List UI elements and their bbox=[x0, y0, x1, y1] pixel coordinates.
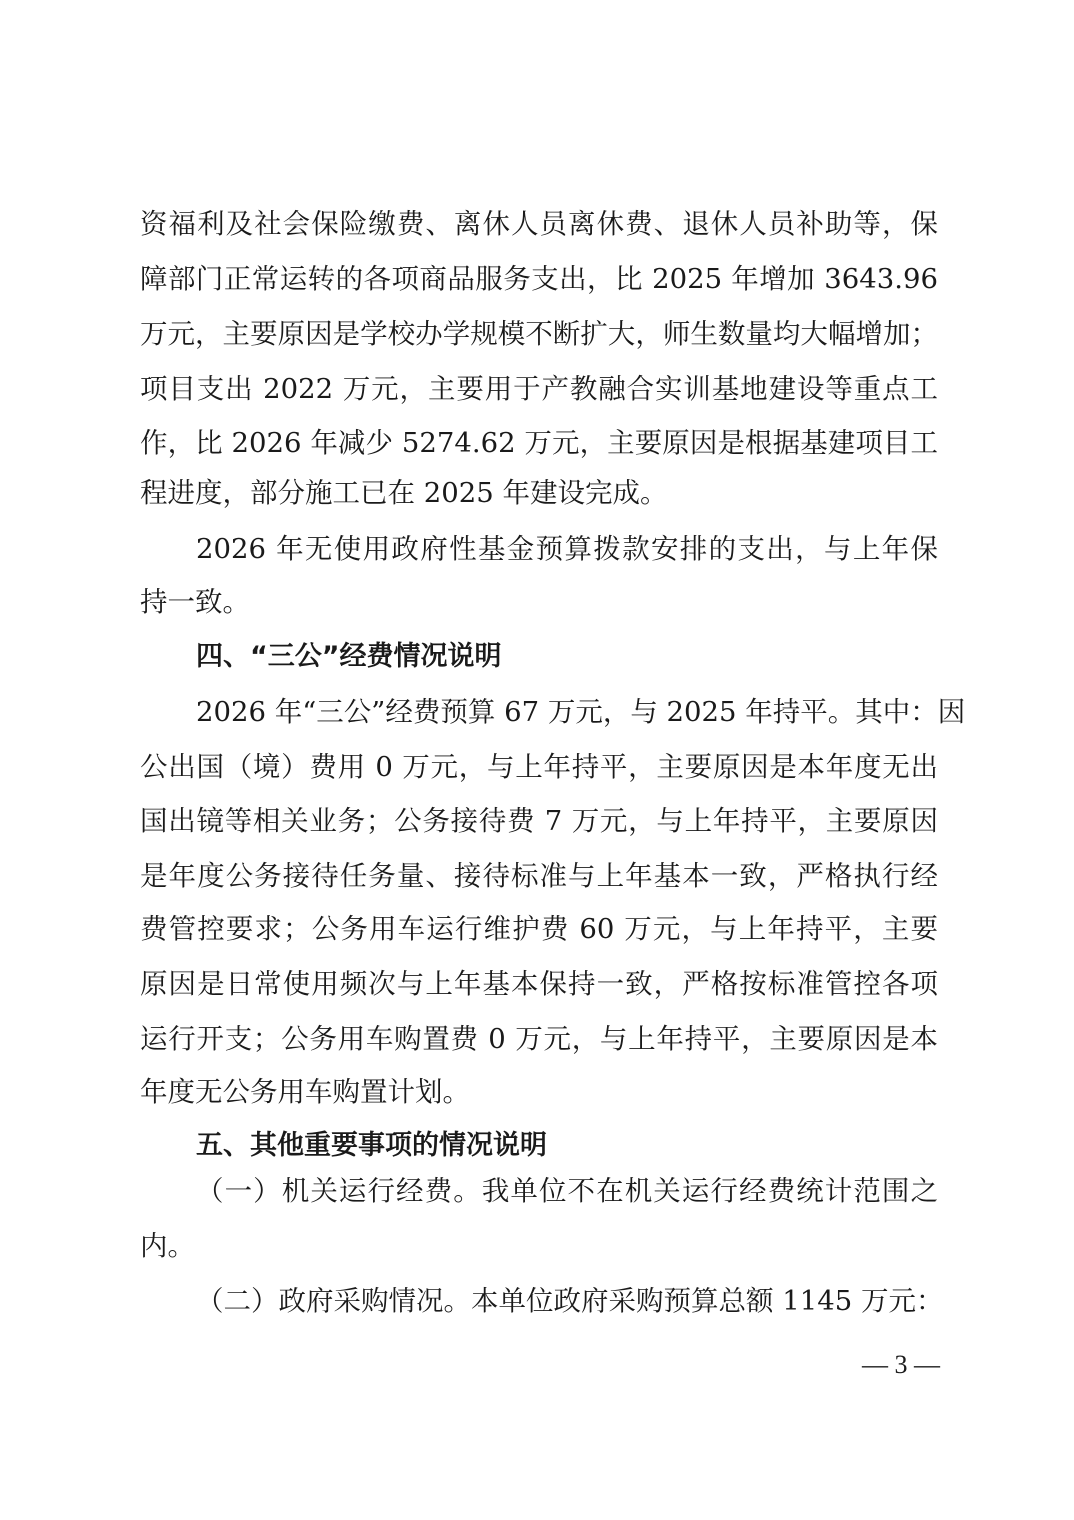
body-line: 内。 bbox=[140, 1229, 938, 1263]
body-line: 年度无公务用车购置计划。 bbox=[140, 1075, 938, 1109]
body-line: 2026 年“三公”经费预算 67 万元，与 2025 年持平。其中：因 bbox=[140, 695, 938, 729]
item-text: 我单位不在机关运行经费统计范围之 bbox=[482, 1175, 938, 1207]
item-label: （一）机关运行经费。 bbox=[196, 1175, 482, 1207]
body-line: 作，比 2026 年减少 5274.62 万元，主要原因是根据基建项目工 bbox=[140, 426, 938, 460]
body-line: 国出镜等相关业务；公务接待费 7 万元，与上年持平，主要原因 bbox=[140, 804, 938, 838]
section-heading-sangong: 四、“三公”经费情况说明 bbox=[140, 640, 938, 674]
body-line: 公出国（境）费用 0 万元，与上年持平，主要原因是本年度无出 bbox=[140, 750, 938, 784]
item-operating-expenses: （一）机关运行经费。我单位不在机关运行经费统计范围之 bbox=[140, 1174, 938, 1208]
body-line: 程进度，部分施工已在 2025 年建设完成。 bbox=[140, 476, 938, 510]
item-text: 本单位政府采购预算总额 1145 万元： bbox=[471, 1285, 943, 1317]
body-line: 项目支出 2022 万元，主要用于产教融合实训基地建设等重点工 bbox=[140, 372, 938, 406]
body-line: 2026 年无使用政府性基金预算拨款安排的支出，与上年保 bbox=[140, 532, 938, 566]
body-line: 万元，主要原因是学校办学规模不断扩大，师生数量均大幅增加； bbox=[140, 317, 938, 351]
body-line: 运行开支；公务用车购置费 0 万元，与上年持平，主要原因是本 bbox=[140, 1022, 938, 1056]
body-line: 资福利及社会保险缴费、离休人员离休费、退休人员补助等，保 bbox=[140, 207, 938, 241]
body-line: 费管控要求；公务用车运行维护费 60 万元，与上年持平，主要 bbox=[140, 912, 938, 946]
body-line: 是年度公务接待任务量、接待标准与上年基本一致，严格执行经 bbox=[140, 859, 938, 893]
page-number: — 3 — bbox=[862, 1350, 940, 1380]
item-label: （二）政府采购情况。 bbox=[196, 1285, 471, 1317]
item-government-procurement: （二）政府采购情况。本单位政府采购预算总额 1145 万元： bbox=[140, 1284, 938, 1318]
body-line: 原因是日常使用频次与上年基本保持一致，严格按标准管控各项 bbox=[140, 967, 938, 1001]
body-line: 持一致。 bbox=[140, 585, 938, 619]
body-line: 障部门正常运转的各项商品服务支出，比 2025 年增加 3643.96 bbox=[140, 262, 938, 296]
section-heading-other-matters: 五、其他重要事项的情况说明 bbox=[140, 1129, 938, 1163]
